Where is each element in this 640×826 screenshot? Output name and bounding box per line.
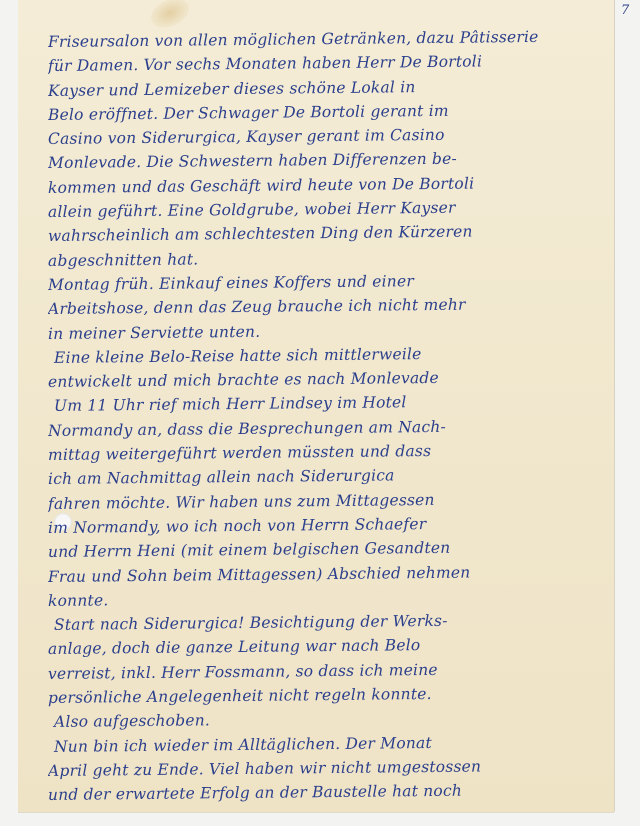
letter-page: 7 Friseursalon von allen möglichen Geträ…	[18, 0, 614, 812]
page-number: 7	[621, 3, 629, 18]
text-line: und der erwartete Erfolg an der Baustell…	[48, 777, 618, 807]
handwritten-text: Friseursalon von allen möglichen Getränk…	[48, 30, 618, 808]
